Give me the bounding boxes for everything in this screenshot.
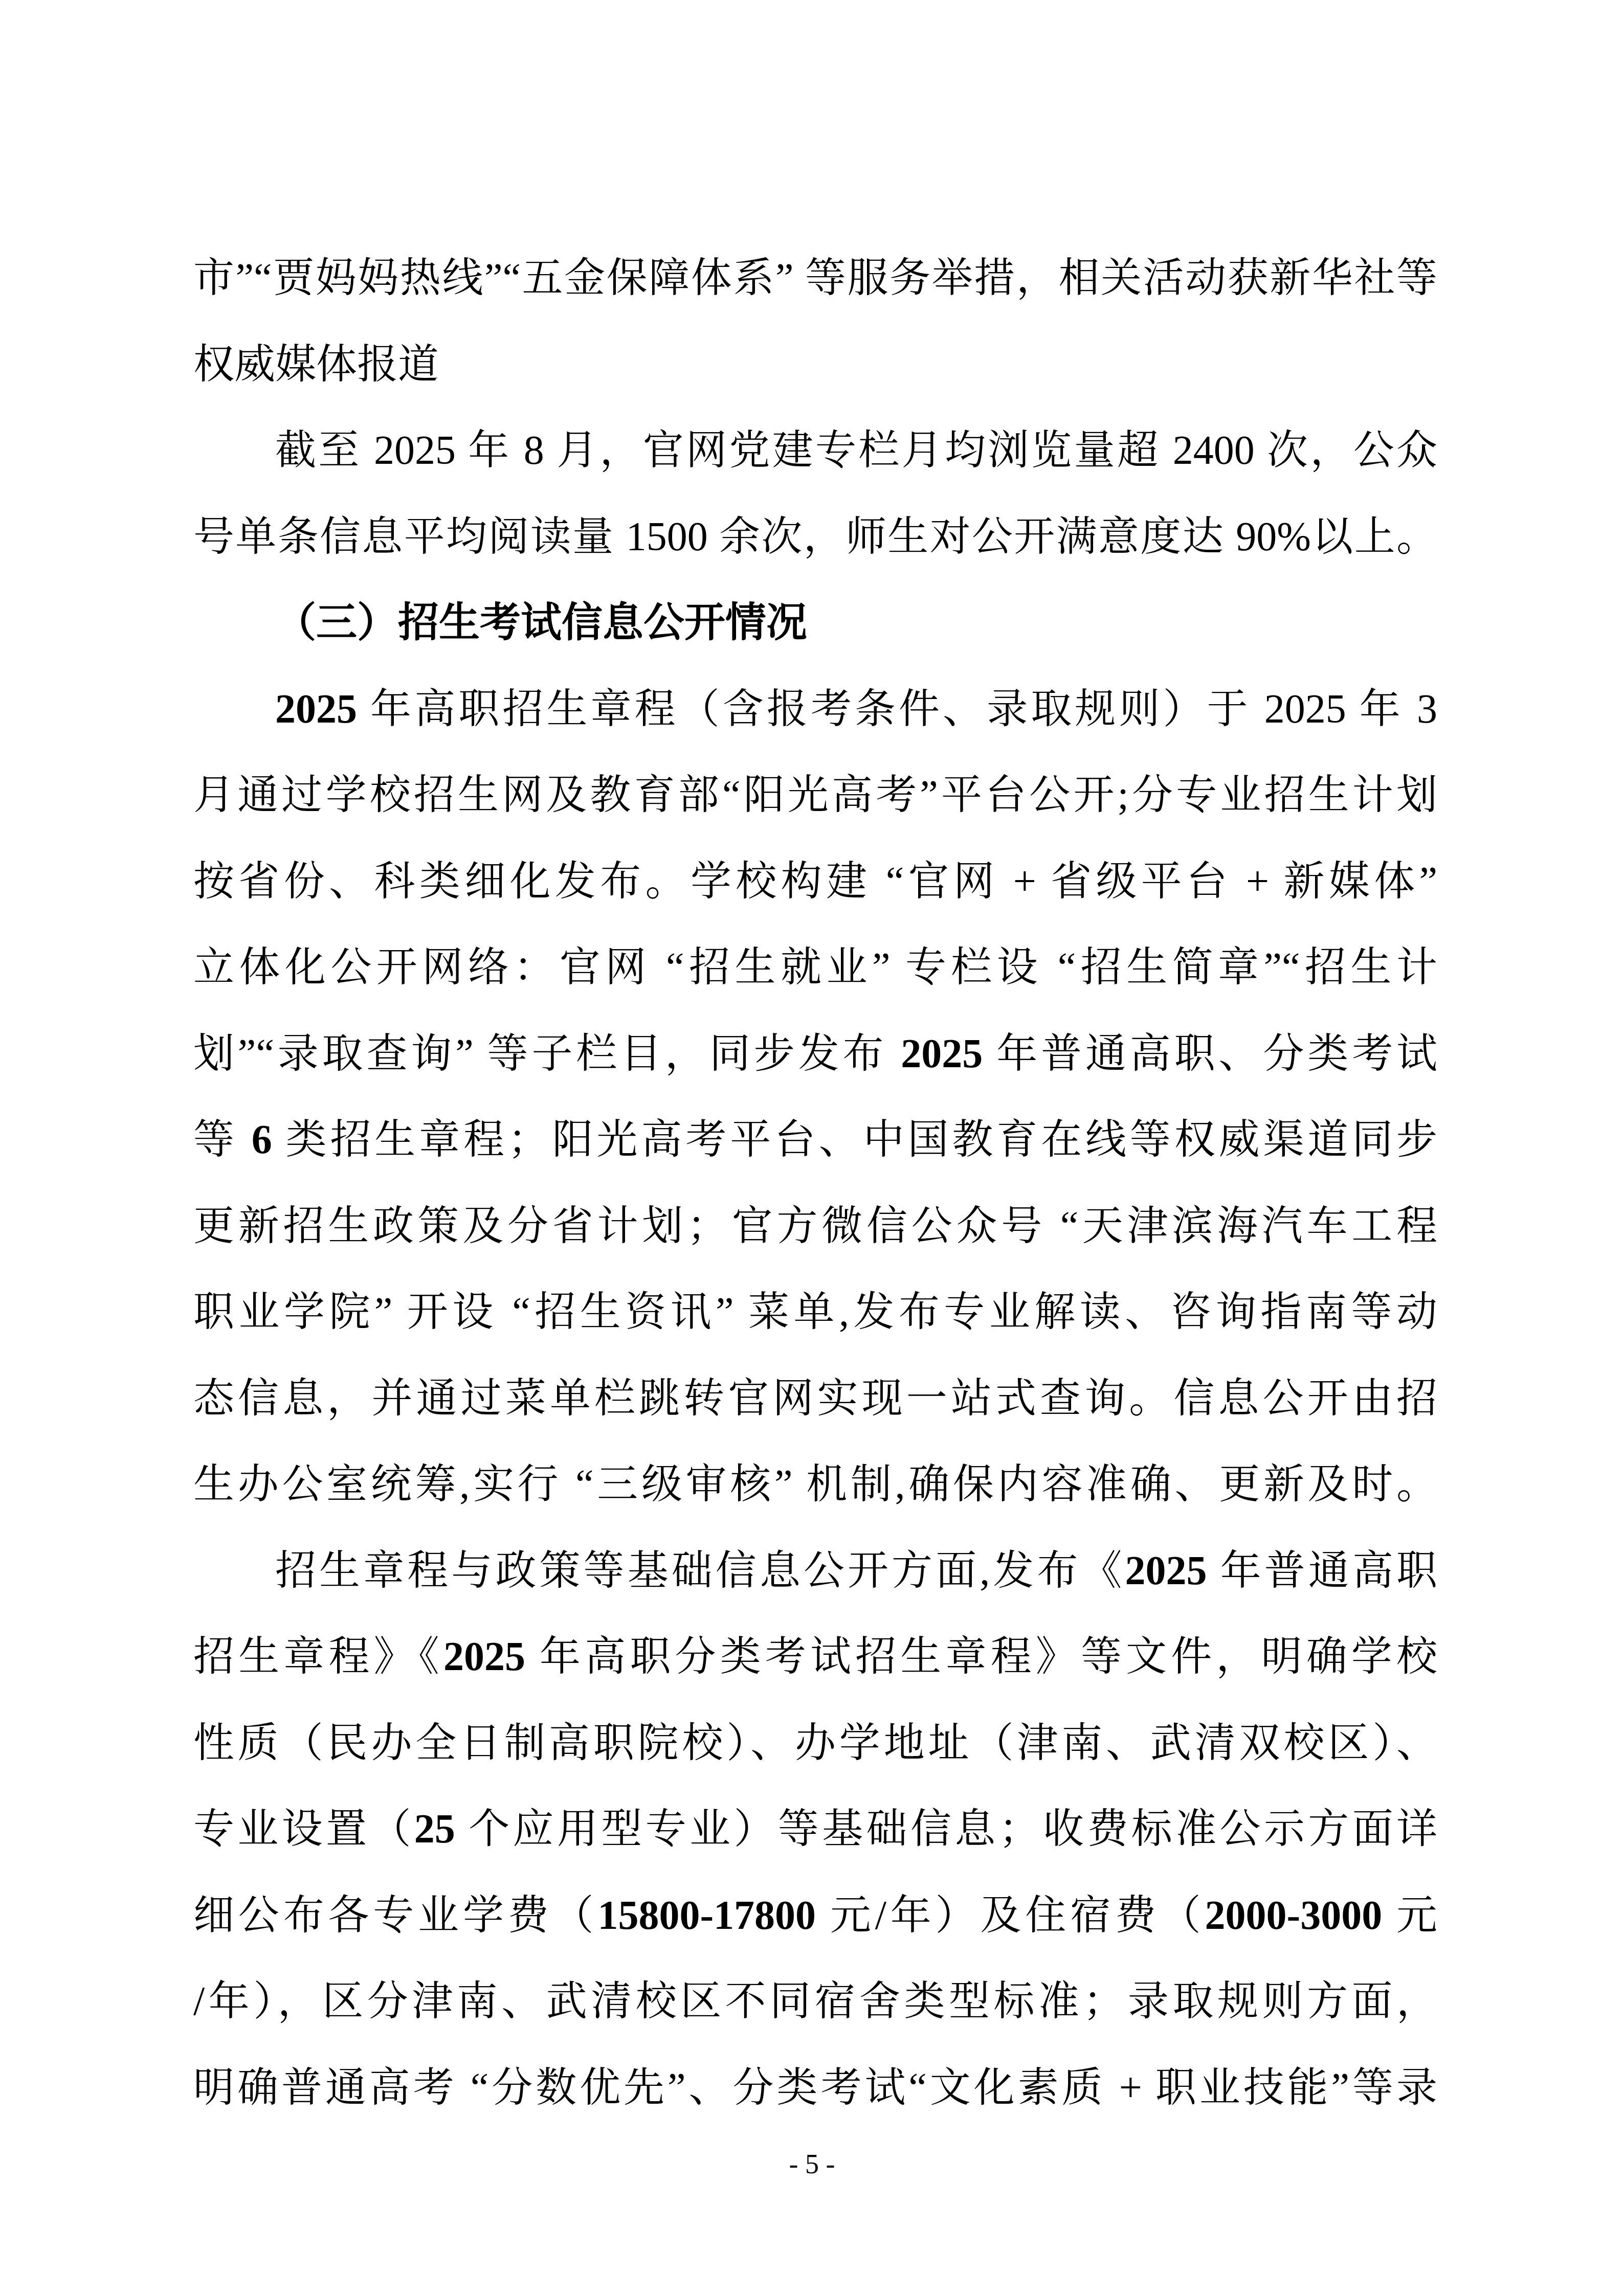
text-line: 截至 2025 年 8 月，官网党建专栏月均浏览量超 2400 次，公众: [193, 408, 1437, 494]
text-line: 立体化公开网络：官网 “招生就业” 专栏设 “招生简章”“招生计: [193, 925, 1437, 1011]
text-segment: 立体化公开网络：官网 “招生就业” 专栏设 “招生简章”“招生计: [193, 945, 1437, 990]
text-line: 2025 年高职招生章程（含报考条件、录取规则）于 2025 年 3: [193, 666, 1437, 753]
text-segment: 号单条信息平均阅读量 1500 余次，师生对公开满意度达 90%以上。: [193, 514, 1437, 559]
text-segment: 年高职分类考试招生章程》等文件，明确学校: [525, 1634, 1437, 1679]
text-segment: 个应用型专业）等基础信息；收费标准公示方面详: [455, 1807, 1437, 1852]
text-line: 更新招生政策及分省计划；官方微信公众号 “天津滨海汽车工程: [193, 1183, 1437, 1270]
text-segment: 截至 2025 年 8 月，官网党建专栏月均浏览量超 2400 次，公众: [275, 428, 1437, 473]
text-segment: 性质（民办全日制高职院校）、办学地址（津南、武清双校区）、: [193, 1721, 1437, 1766]
text-segment: 月通过学校招生网及教育部“阳光高考”平台公开;分专业招生计划: [193, 773, 1437, 818]
bold-text-segment: 2025: [901, 1031, 983, 1076]
text-line: 招生章程》《2025 年高职分类考试招生章程》等文件，明确学校: [193, 1614, 1437, 1700]
bold-text-segment: 2025: [1125, 1548, 1207, 1593]
text-segment: 权威媒体报道: [193, 342, 439, 387]
text-segment: 招生章程》《: [193, 1634, 443, 1679]
bold-text-segment: 2025: [275, 687, 357, 732]
text-segment: 划”“录取查询” 等子栏目，同步发布: [193, 1031, 901, 1076]
text-segment: 专业设置（: [193, 1807, 414, 1852]
text-segment: 生办公室统筹,实行 “三级审核” 机制,确保内容准确、更新及时。: [193, 1462, 1437, 1507]
document-body: 市”“贾妈妈热线”“五金保障体系” 等服务举措，相关活动获新华社等权威媒体报道截…: [193, 235, 1437, 2131]
text-segment: 年普通高职、分类考试: [983, 1031, 1437, 1076]
text-line: /年），区分津南、武清校区不同宿舍类型标准；录取规则方面，: [193, 1959, 1437, 2045]
text-segment: 元/年）及住宿费（: [816, 1893, 1205, 1938]
text-segment: /年），区分津南、武清校区不同宿舍类型标准；录取规则方面，: [193, 1979, 1437, 2024]
section-heading: （三）招生考试信息公开情况: [193, 580, 1437, 666]
text-segment: 职业学院” 开设 “招生资讯” 菜单,发布专业解读、咨询指南等动: [193, 1290, 1437, 1335]
bold-text-segment: 2025: [443, 1634, 525, 1679]
bold-text-segment: 15800-17800: [597, 1893, 816, 1938]
text-line: 号单条信息平均阅读量 1500 余次，师生对公开满意度达 90%以上。: [193, 494, 1437, 580]
bold-text-segment: 25: [414, 1807, 455, 1852]
text-line: 细公布各专业学费（15800-17800 元/年）及住宿费（2000-3000 …: [193, 1873, 1437, 1959]
text-segment: 细公布各专业学费（: [193, 1893, 597, 1938]
text-line: 生办公室统筹,实行 “三级审核” 机制,确保内容准确、更新及时。: [193, 1442, 1437, 1528]
text-line: 月通过学校招生网及教育部“阳光高考”平台公开;分专业招生计划: [193, 752, 1437, 839]
text-line: 按省份、科类细化发布。学校构建 “官网 + 省级平台 + 新媒体”: [193, 839, 1437, 925]
text-line: 态信息，并通过菜单栏跳转官网实现一站式查询。信息公开由招: [193, 1356, 1437, 1442]
bold-text-segment: （三）招生考试信息公开情况: [275, 600, 807, 645]
text-segment: 元: [1382, 1893, 1437, 1938]
text-line: 职业学院” 开设 “招生资讯” 菜单,发布专业解读、咨询指南等动: [193, 1269, 1437, 1356]
text-segment: 明确普通高考 “分数优先”、分类考试“文化素质 + 职业技能”等录: [193, 2065, 1437, 2110]
bold-text-segment: 6: [252, 1117, 272, 1162]
page-number: - 5 -: [0, 2144, 1624, 2185]
text-segment: 态信息，并通过菜单栏跳转官网实现一站式查询。信息公开由招: [193, 1376, 1437, 1421]
text-segment: 更新招生政策及分省计划；官方微信公众号 “天津滨海汽车工程: [193, 1204, 1437, 1249]
bold-text-segment: 2000-3000: [1205, 1893, 1383, 1938]
document-page: 市”“贾妈妈热线”“五金保障体系” 等服务举措，相关活动获新华社等权威媒体报道截…: [0, 0, 1624, 2296]
text-segment: 类招生章程；阳光高考平台、中国教育在线等权威渠道同步: [272, 1117, 1437, 1162]
text-segment: 年普通高职: [1207, 1548, 1437, 1593]
text-segment: 年高职招生章程（含报考条件、录取规则）于 2025 年 3: [357, 687, 1437, 732]
text-segment: 按省份、科类细化发布。学校构建 “官网 + 省级平台 + 新媒体”: [193, 859, 1437, 904]
text-line: 明确普通高考 “分数优先”、分类考试“文化素质 + 职业技能”等录: [193, 2045, 1437, 2131]
text-segment: 等: [193, 1117, 252, 1162]
text-line: 划”“录取查询” 等子栏目，同步发布 2025 年普通高职、分类考试: [193, 1011, 1437, 1097]
text-line: 性质（民办全日制高职院校）、办学地址（津南、武清双校区）、: [193, 1700, 1437, 1787]
text-segment: 招生章程与政策等基础信息公开方面,发布《: [275, 1548, 1125, 1593]
text-line: 专业设置（25 个应用型专业）等基础信息；收费标准公示方面详: [193, 1786, 1437, 1873]
text-segment: 市”“贾妈妈热线”“五金保障体系” 等服务举措，相关活动获新华社等: [193, 256, 1437, 301]
text-line: 招生章程与政策等基础信息公开方面,发布《2025 年普通高职: [193, 1528, 1437, 1614]
text-line: 市”“贾妈妈热线”“五金保障体系” 等服务举措，相关活动获新华社等: [193, 235, 1437, 322]
text-line: 权威媒体报道: [193, 322, 1437, 408]
text-line: 等 6 类招生章程；阳光高考平台、中国教育在线等权威渠道同步: [193, 1097, 1437, 1183]
